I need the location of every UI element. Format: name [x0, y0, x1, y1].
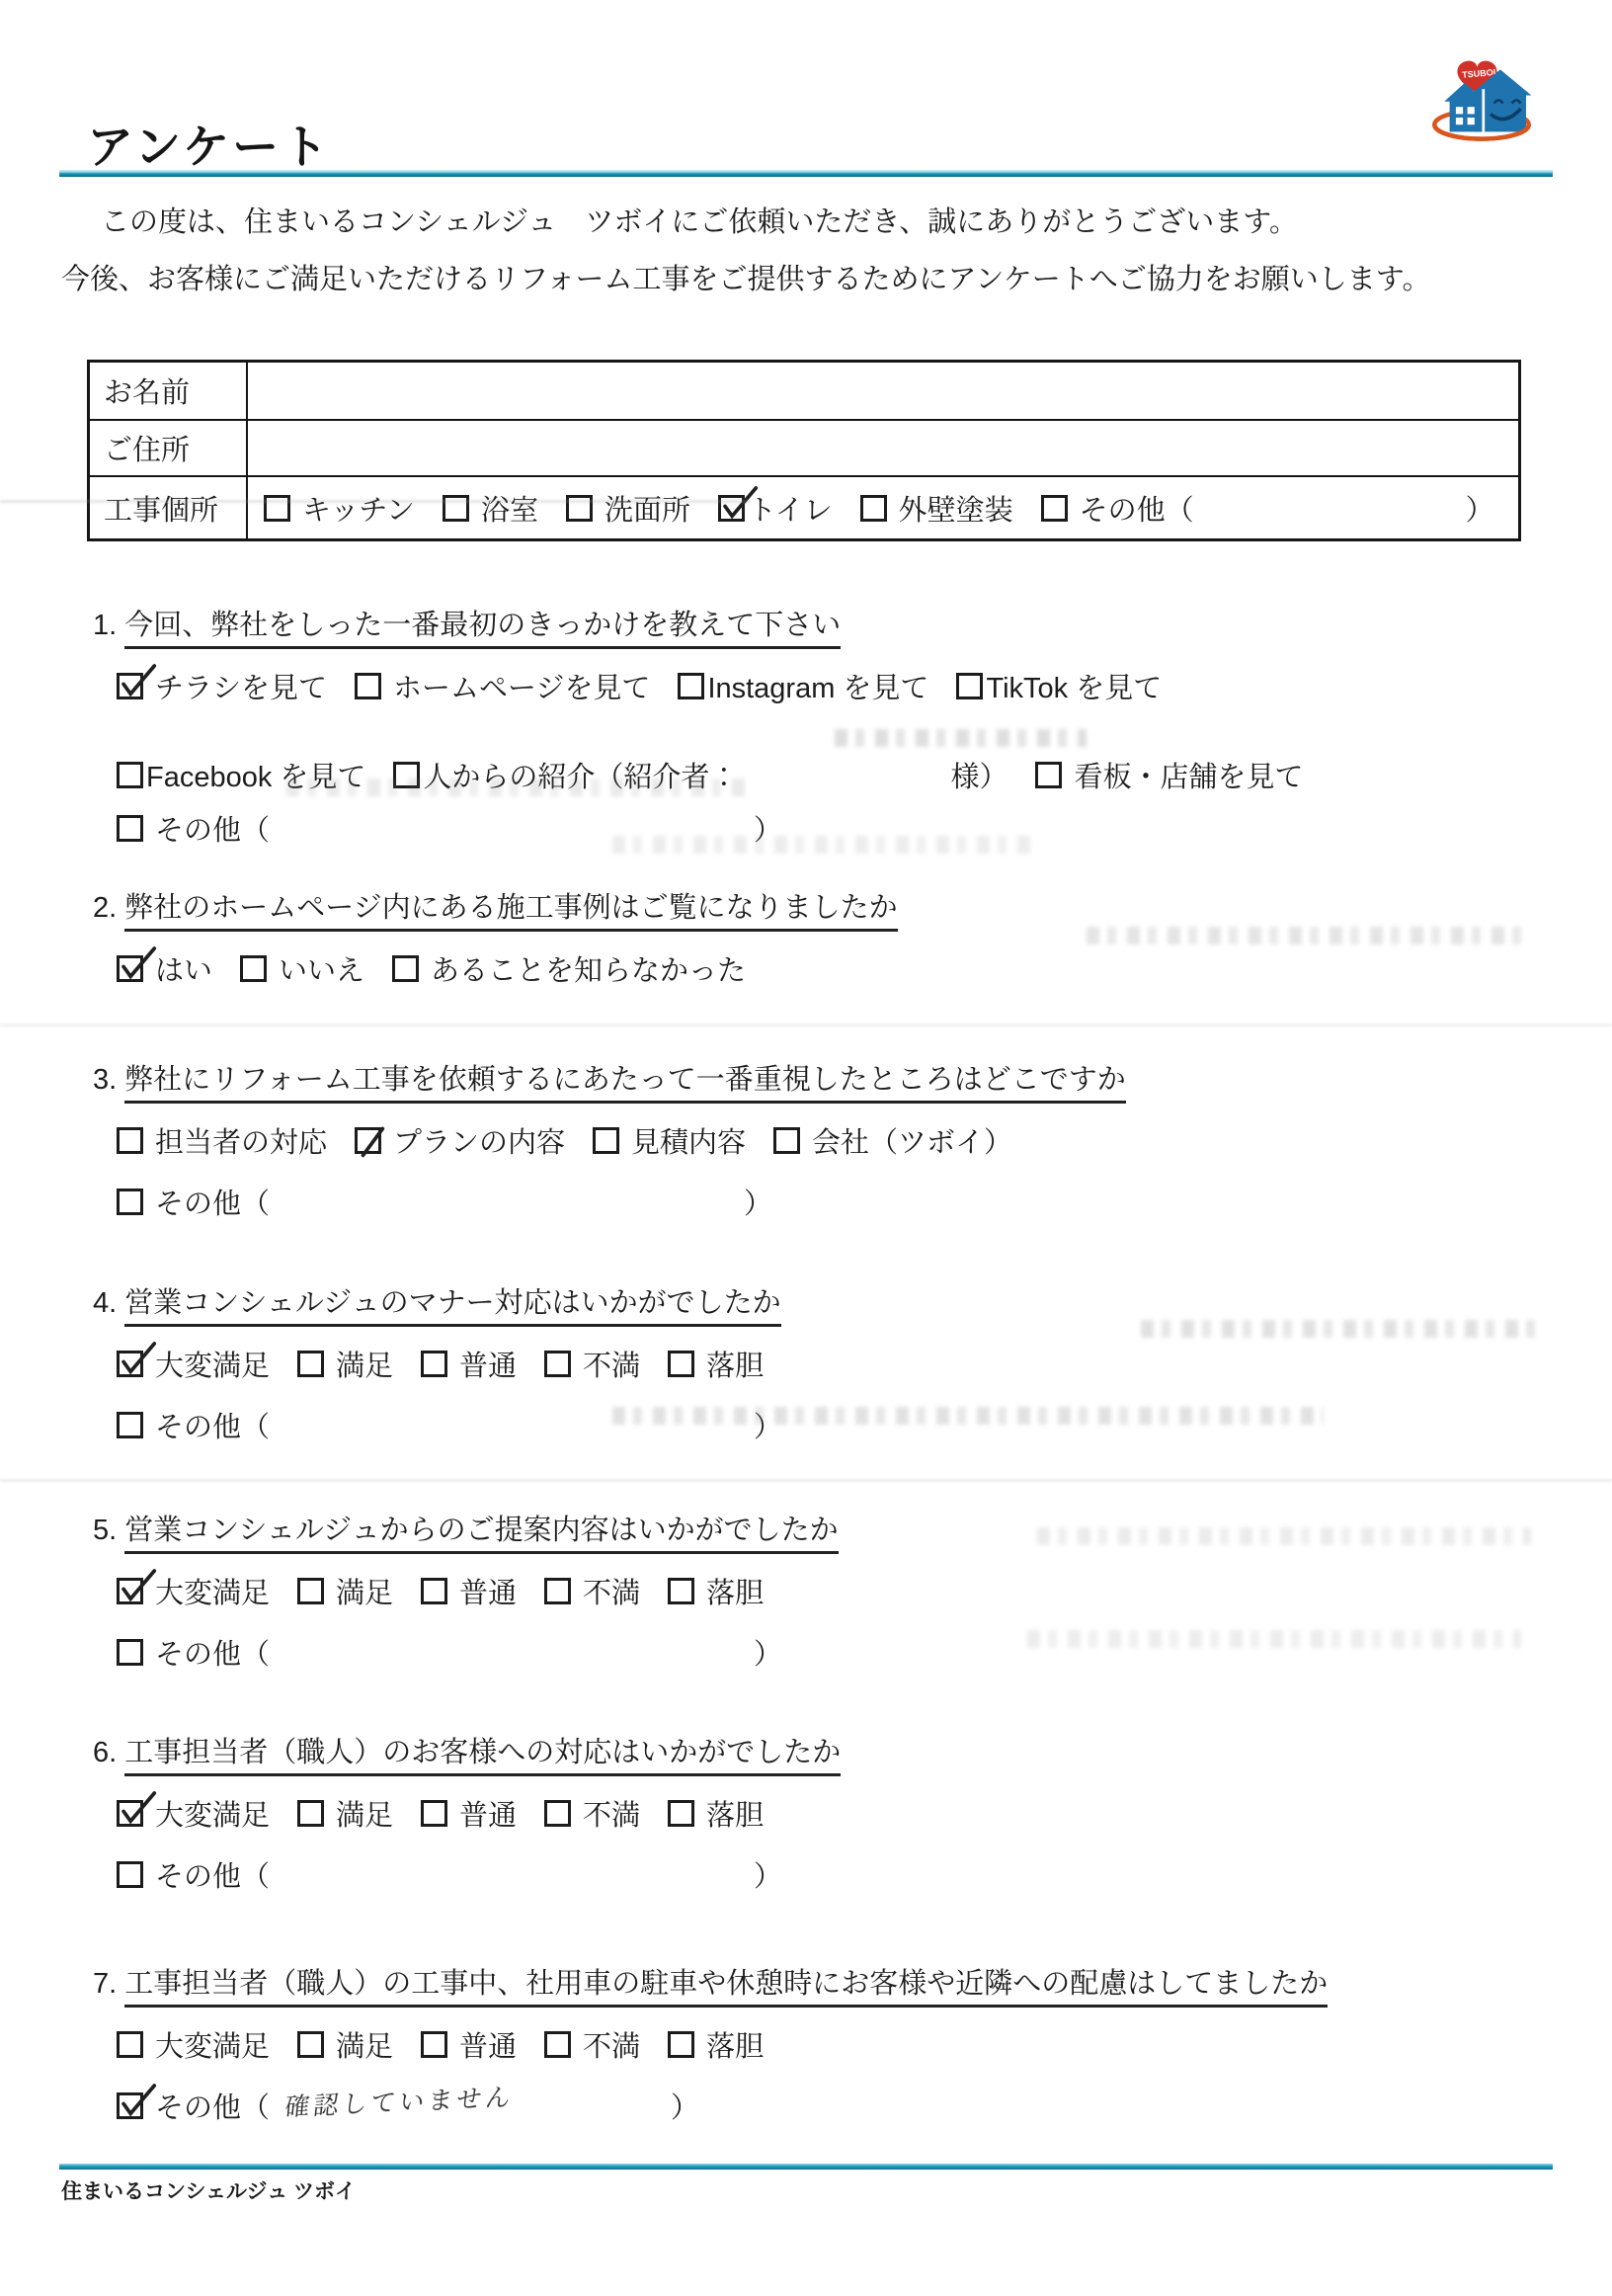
survey-option: TikTok を見て — [956, 666, 1162, 706]
address-label: ご住所 — [90, 421, 248, 475]
survey-option: いいえ — [240, 948, 364, 989]
option-line: 大変満足満足普通不満落胆 — [117, 1568, 1539, 1613]
question-3: 3.弊社にリフォーム工事を依頼するにあたって一番重視したところはどこですか担当者… — [87, 1057, 1539, 1224]
checkbox-icon[interactable] — [593, 1127, 619, 1154]
fill-in-blank[interactable] — [738, 760, 950, 789]
checkbox-icon[interactable] — [117, 762, 143, 788]
option-line: その他（） — [117, 1179, 1539, 1224]
option-label: 不満 — [583, 2024, 640, 2065]
option-label: 外壁塗装 — [899, 488, 1013, 529]
survey-option: 浴室 — [443, 488, 538, 529]
option-line: 担当者の対応プランの内容見積内容会社（ツボイ） — [117, 1117, 1539, 1163]
scan-artifact — [1037, 1527, 1531, 1545]
option-line: 大変満足満足普通不満落胆 — [117, 1341, 1539, 1386]
survey-option: 看板・店舗を見て — [1035, 755, 1303, 795]
option-label: キッチン — [302, 488, 415, 529]
checkbox-icon[interactable] — [668, 1351, 694, 1377]
checkbox-icon[interactable] — [566, 495, 593, 522]
static-text: ） — [754, 1632, 782, 1673]
survey-option: 落胆 — [668, 1571, 764, 1611]
scan-artifact — [286, 779, 751, 796]
question-6: 6.工事担当者（職人）のお客様への対応はいかがでしたか大変満足満足普通不満落胆そ… — [87, 1730, 1539, 1897]
name-label: お名前 — [90, 363, 248, 419]
option-label: 落胆 — [706, 1571, 764, 1611]
checkbox-icon[interactable] — [117, 2031, 143, 2058]
option-label: チラシを見て — [155, 666, 327, 706]
option-label: 満足 — [336, 1793, 393, 1834]
survey-option: ホームページを見て — [355, 666, 650, 706]
worksite-label: 工事個所 — [90, 477, 248, 538]
survey-option: その他（ — [117, 1182, 270, 1222]
survey-option: Instagram を見て — [678, 666, 928, 706]
scan-artifact — [835, 729, 1087, 747]
question-number: 5. — [93, 1515, 117, 1547]
scan-streak — [0, 1024, 1612, 1026]
survey-option: その他（ — [117, 1405, 270, 1445]
static-text: ） — [671, 2086, 699, 2126]
survey-option: その他（ — [117, 1632, 270, 1673]
question-7: 7.工事担当者（職人）の工事中、社用車の駐車や休憩時にお客様や近隣への配慮はして… — [87, 1961, 1539, 2128]
survey-option: 会社（ツボイ） — [773, 1120, 1012, 1161]
option-label: 満足 — [336, 1571, 393, 1611]
question-title: 工事担当者（職人）の工事中、社用車の駐車や休憩時にお客様や近隣への配慮はしてまし… — [124, 1968, 1328, 2008]
name-field[interactable] — [248, 363, 1518, 419]
option-label: 不満 — [583, 1344, 640, 1384]
question-number: 6. — [93, 1737, 117, 1769]
survey-option: その他（ — [117, 2086, 270, 2126]
checkbox-icon[interactable] — [117, 815, 143, 842]
scan-artifact — [612, 836, 1037, 854]
option-label: トイレ — [748, 488, 833, 529]
question-number: 2. — [93, 892, 117, 925]
survey-scan-page: アンケート TSUBOI この度は、住まいるコンシェルジュ ツボイにご依頼いただ… — [0, 0, 1612, 2296]
survey-option: はい — [117, 948, 212, 989]
survey-option: 普通 — [421, 1793, 517, 1834]
survey-option: トイレ — [718, 488, 833, 529]
option-label: 普通 — [459, 2024, 517, 2065]
option-label: Instagram を見て — [707, 666, 928, 706]
fill-in-blank[interactable] — [513, 2091, 671, 2120]
checkbox-icon[interactable] — [117, 1861, 143, 1888]
scan-artifact — [1087, 927, 1521, 944]
checkbox-icon[interactable] — [668, 2031, 694, 2058]
question-title: 工事担当者（職人）のお客様への対応はいかがでしたか — [124, 1737, 841, 1776]
option-line: その他（） — [117, 1851, 1539, 1897]
survey-option: 不満 — [544, 1793, 640, 1834]
checked-checkbox-icon[interactable] — [117, 1351, 143, 1377]
option-label: 洗面所 — [604, 488, 690, 529]
checked-checkbox-icon[interactable] — [117, 673, 143, 699]
option-label: 大変満足 — [155, 1571, 270, 1611]
question-1: 1.今回、弊社をしった一番最初のきっかけを教えて下さいチラシを見てホームページを… — [87, 603, 1539, 851]
checkbox-icon[interactable] — [421, 1578, 447, 1604]
option-label: 担当者の対応 — [155, 1120, 327, 1161]
survey-option: あることを知らなかった — [392, 948, 746, 989]
worksite-options: キッチン浴室洗面所トイレ外壁塗装その他（） — [248, 477, 1518, 538]
survey-option: 洗面所 — [566, 488, 690, 529]
option-label: 満足 — [336, 1344, 393, 1384]
option-label: 大変満足 — [155, 2024, 270, 2065]
option-line: その他（確認していません） — [117, 2083, 1539, 2128]
survey-option: 満足 — [297, 1344, 393, 1384]
option-label: ホームページを見て — [393, 666, 650, 706]
checkbox-icon[interactable] — [1035, 762, 1062, 788]
checkbox-icon[interactable] — [544, 1351, 571, 1377]
checkbox-icon[interactable] — [421, 1351, 447, 1377]
survey-option: キッチン — [264, 488, 415, 529]
static-text: ） — [1466, 488, 1494, 529]
checked-checkbox-icon[interactable] — [117, 1800, 143, 1827]
page-title: アンケート — [87, 111, 331, 177]
title-divider — [59, 170, 1553, 177]
survey-option: 満足 — [297, 1571, 393, 1611]
survey-option: 大変満足 — [117, 1793, 270, 1834]
survey-option: その他（ — [117, 808, 270, 849]
survey-option: 大変満足 — [117, 2024, 270, 2065]
option-label: 大変満足 — [155, 1793, 270, 1834]
checkbox-icon[interactable] — [240, 955, 267, 982]
table-row-address: ご住所 — [90, 419, 1518, 475]
scan-artifact — [1027, 1630, 1521, 1648]
survey-option: 普通 — [421, 2024, 517, 2065]
question-number: 3. — [93, 1064, 117, 1097]
checkbox-icon[interactable] — [544, 1800, 571, 1827]
checkbox-icon[interactable] — [544, 1578, 571, 1604]
survey-option: 不満 — [544, 1571, 640, 1611]
fill-in-blank[interactable] — [270, 1637, 754, 1667]
checked-checkbox-icon[interactable] — [355, 1127, 381, 1154]
footer-company-name: 住まいるコンシェルジュ ツボイ — [61, 2175, 356, 2205]
customer-info-table: お名前 ご住所 工事個所 キッチン浴室洗面所トイレ外壁塗装その他（） — [87, 360, 1521, 541]
checkbox-icon[interactable] — [544, 2031, 571, 2058]
option-label: 看板・店舗を見て — [1074, 755, 1303, 795]
option-label: TikTok を見て — [986, 666, 1162, 706]
scan-artifact — [612, 1407, 1324, 1425]
checkbox-icon[interactable] — [117, 1412, 143, 1438]
checkbox-icon[interactable] — [421, 1800, 447, 1827]
survey-option: 落胆 — [668, 2024, 764, 2065]
option-line: はいいいえあることを知らなかった — [117, 945, 1539, 991]
option-label: その他（ — [155, 2086, 270, 2126]
scan-streak — [0, 500, 751, 503]
option-label: その他（ — [155, 1182, 270, 1222]
option-label: プランの内容 — [393, 1120, 565, 1161]
checked-checkbox-icon[interactable] — [117, 1578, 143, 1604]
handwritten-note: 確認していません — [283, 2078, 516, 2123]
checkbox-icon[interactable] — [297, 1800, 324, 1827]
checkbox-icon[interactable] — [678, 673, 704, 699]
fill-in-blank[interactable] — [1194, 493, 1466, 523]
survey-option: 不満 — [544, 2024, 640, 2065]
survey-option: プランの内容 — [355, 1120, 565, 1161]
static-text: ） — [744, 1182, 772, 1222]
checkbox-icon[interactable] — [264, 495, 290, 522]
survey-option: 大変満足 — [117, 1344, 270, 1384]
option-label: 大変満足 — [155, 1344, 270, 1384]
option-label: 浴室 — [481, 488, 538, 529]
checkbox-icon[interactable] — [668, 1800, 694, 1827]
survey-option: チラシを見て — [117, 666, 327, 706]
scan-streak — [0, 1479, 1612, 1482]
fill-in-blank[interactable] — [270, 1859, 754, 1889]
option-line: チラシを見てホームページを見てInstagram を見てTikTok を見て — [117, 663, 1539, 708]
tsuboi-logo-icon: TSUBOI — [1428, 49, 1535, 150]
checked-checkbox-icon[interactable] — [117, 955, 143, 982]
option-label: 満足 — [336, 2024, 393, 2065]
question-title: 今回、弊社をしった一番最初のきっかけを教えて下さい — [124, 610, 841, 649]
option-label: 落胆 — [706, 1344, 764, 1384]
survey-option: 大変満足 — [117, 1571, 270, 1611]
question-title: 営業コンシェルジュのマナー対応はいかがでしたか — [124, 1287, 780, 1327]
checkbox-icon[interactable] — [1041, 495, 1068, 522]
survey-option: 満足 — [297, 1793, 393, 1834]
option-label: その他（ — [155, 1405, 270, 1445]
option-label: その他（ — [155, 808, 270, 849]
checked-checkbox-icon[interactable] — [117, 2092, 143, 2119]
survey-option: 普通 — [421, 1344, 517, 1384]
survey-option: その他（ — [117, 1854, 270, 1895]
address-field[interactable] — [248, 421, 1518, 475]
survey-option: 担当者の対応 — [117, 1120, 327, 1161]
intro-line-2: 今後、お客様にご満足いただけるリフォーム工事をご提供するためにアンケートへご協力… — [61, 251, 1553, 308]
survey-option: 普通 — [421, 1571, 517, 1611]
checkbox-icon[interactable] — [860, 495, 887, 522]
survey-option: 満足 — [297, 2024, 393, 2065]
option-label: 落胆 — [706, 2024, 764, 2065]
option-label: あることを知らなかった — [431, 948, 746, 989]
survey-option: 見積内容 — [593, 1120, 746, 1161]
static-text: 様） — [950, 755, 1007, 795]
checkbox-icon[interactable] — [773, 1127, 800, 1154]
checkbox-icon[interactable] — [117, 1189, 143, 1215]
survey-option: 不満 — [544, 1344, 640, 1384]
checkbox-icon[interactable] — [668, 1578, 694, 1604]
option-label: その他（ — [155, 1632, 270, 1673]
option-label: はい — [155, 948, 212, 989]
checkbox-icon[interactable] — [355, 673, 381, 699]
option-label: その他（ — [1080, 488, 1194, 529]
question-number: 4. — [93, 1287, 117, 1320]
option-label: 落胆 — [706, 1793, 764, 1834]
checkbox-icon[interactable] — [421, 2031, 447, 2058]
survey-option: その他（ — [1041, 488, 1194, 529]
scan-artifact — [1141, 1320, 1536, 1338]
question-number: 1. — [93, 610, 117, 642]
footer-divider — [59, 2164, 1553, 2170]
intro-paragraph: この度は、住まいるコンシェルジュ ツボイにご依頼いただき、誠にありがとうございま… — [61, 194, 1553, 308]
table-row-name: お名前 — [90, 363, 1518, 419]
option-label: 不満 — [583, 1571, 640, 1611]
option-line: 大変満足満足普通不満落胆 — [117, 2021, 1539, 2067]
option-label: 普通 — [459, 1344, 517, 1384]
checkbox-icon[interactable] — [297, 1578, 324, 1604]
fill-in-blank[interactable] — [270, 1187, 744, 1216]
option-label: その他（ — [155, 1854, 270, 1895]
checkbox-icon[interactable] — [956, 673, 983, 699]
intro-line-1: この度は、住まいるコンシェルジュ ツボイにご依頼いただき、誠にありがとうございま… — [61, 194, 1553, 251]
option-label: いいえ — [279, 948, 364, 989]
question-title: 弊社のホームページ内にある施工事例はご覧になりましたか — [124, 892, 897, 932]
option-label: 不満 — [583, 1793, 640, 1834]
survey-option: 落胆 — [668, 1793, 764, 1834]
checkbox-icon[interactable] — [297, 1351, 324, 1377]
checkbox-icon[interactable] — [117, 1639, 143, 1666]
option-label: 普通 — [459, 1793, 517, 1834]
checked-checkbox-icon[interactable] — [718, 495, 745, 522]
fill-in-blank[interactable] — [1007, 760, 1035, 789]
checkbox-icon[interactable] — [443, 495, 469, 522]
checkbox-icon[interactable] — [297, 2031, 324, 2058]
option-label: 会社（ツボイ） — [812, 1120, 1012, 1161]
question-number: 7. — [93, 1968, 117, 2001]
table-row-worksite: 工事個所 キッチン浴室洗面所トイレ外壁塗装その他（） — [90, 475, 1518, 538]
survey-option: 落胆 — [668, 1344, 764, 1384]
question-title: 弊社にリフォーム工事を依頼するにあたって一番重視したところはどこですか — [124, 1064, 1126, 1104]
survey-option: 外壁塗装 — [860, 488, 1013, 529]
question-title: 営業コンシェルジュからのご提案内容はいかがでしたか — [124, 1515, 838, 1554]
checkbox-icon[interactable] — [392, 955, 419, 982]
option-label: 見積内容 — [631, 1120, 746, 1161]
static-text: ） — [754, 1854, 782, 1895]
option-label: 普通 — [459, 1571, 517, 1611]
option-line: 大変満足満足普通不満落胆 — [117, 1790, 1539, 1836]
checkbox-icon[interactable] — [117, 1127, 143, 1154]
